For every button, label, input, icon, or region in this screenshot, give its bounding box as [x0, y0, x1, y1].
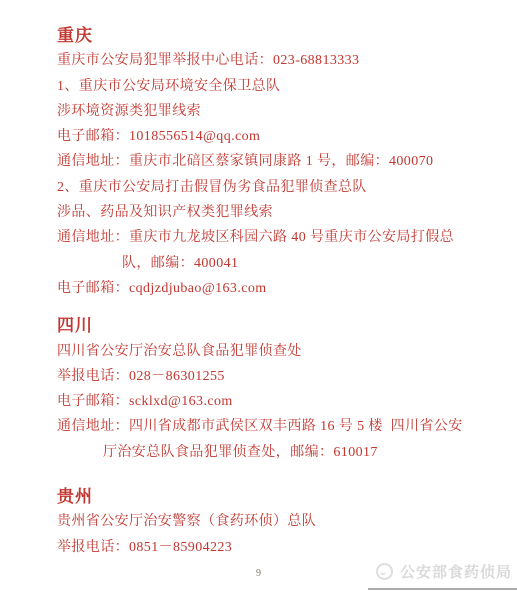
- text-line: 举报电话：0851－85904223: [57, 535, 467, 560]
- text-line: 涉环境资源类犯罪线索: [57, 99, 467, 124]
- text-line: 电子邮箱：cqdjzdjubao@163.com: [57, 276, 467, 301]
- section-heading-sichuan: 四川: [57, 313, 467, 338]
- text-line: 通信地址：四川省成都市武侯区双丰西路 16 号 5 楼 四川省公安: [57, 414, 467, 439]
- section-sichuan: 四川 四川省公安厅治安总队食品犯罪侦查处 举报电话：028－86301255 电…: [57, 313, 467, 465]
- text-line: 2、重庆市公安局打击假冒伪劣食品犯罪侦查总队: [57, 175, 467, 200]
- watermark-text: 公安部食药侦局: [400, 561, 512, 582]
- text-line: 贵州省公安厅治安警察（食药环侦）总队: [57, 509, 467, 534]
- document-page: 重庆 重庆市公安局犯罪举报中心电话：023-68813333 1、重庆市公安局环…: [0, 0, 517, 594]
- text-line: 电子邮箱：scklxd@163.com: [57, 389, 467, 414]
- text-line: 电子邮箱：1018556514@qq.com: [57, 124, 467, 149]
- watermark: 公安部食药侦局: [376, 561, 512, 582]
- section-heading-chongqing: 重庆: [57, 23, 467, 48]
- text-line: 重庆市公安局犯罪举报中心电话：023-68813333: [57, 48, 467, 73]
- text-line: 涉品、药品及知识产权类犯罪线索: [57, 200, 467, 225]
- text-line: 1、重庆市公安局环境安全保卫总队: [57, 74, 467, 99]
- section-guizhou: 贵州 贵州省公安厅治安警察（食药环侦）总队 举报电话：0851－85904223: [57, 484, 467, 560]
- police-badge-logo-icon: [376, 563, 393, 580]
- section-chongqing: 重庆 重庆市公安局犯罪举报中心电话：023-68813333 1、重庆市公安局环…: [57, 23, 467, 301]
- text-line: 通信地址：重庆市九龙坡区科园六路 40 号重庆市公安局打假总: [57, 225, 467, 250]
- text-line: 四川省公安厅治安总队食品犯罪侦查处: [57, 339, 467, 364]
- text-line: 举报电话：028－86301255: [57, 364, 467, 389]
- page-content: 重庆 重庆市公安局犯罪举报中心电话：023-68813333 1、重庆市公安局环…: [0, 0, 517, 560]
- bottom-divider: [368, 588, 517, 590]
- text-line-continuation: 队，邮编：400041: [57, 251, 467, 276]
- section-heading-guizhou: 贵州: [57, 484, 467, 509]
- text-line-continuation: 厅治安总队食品犯罪侦查处，邮编：610017: [57, 440, 467, 465]
- text-line: 通信地址：重庆市北碚区蔡家镇同康路 1 号，邮编：400070: [57, 149, 467, 174]
